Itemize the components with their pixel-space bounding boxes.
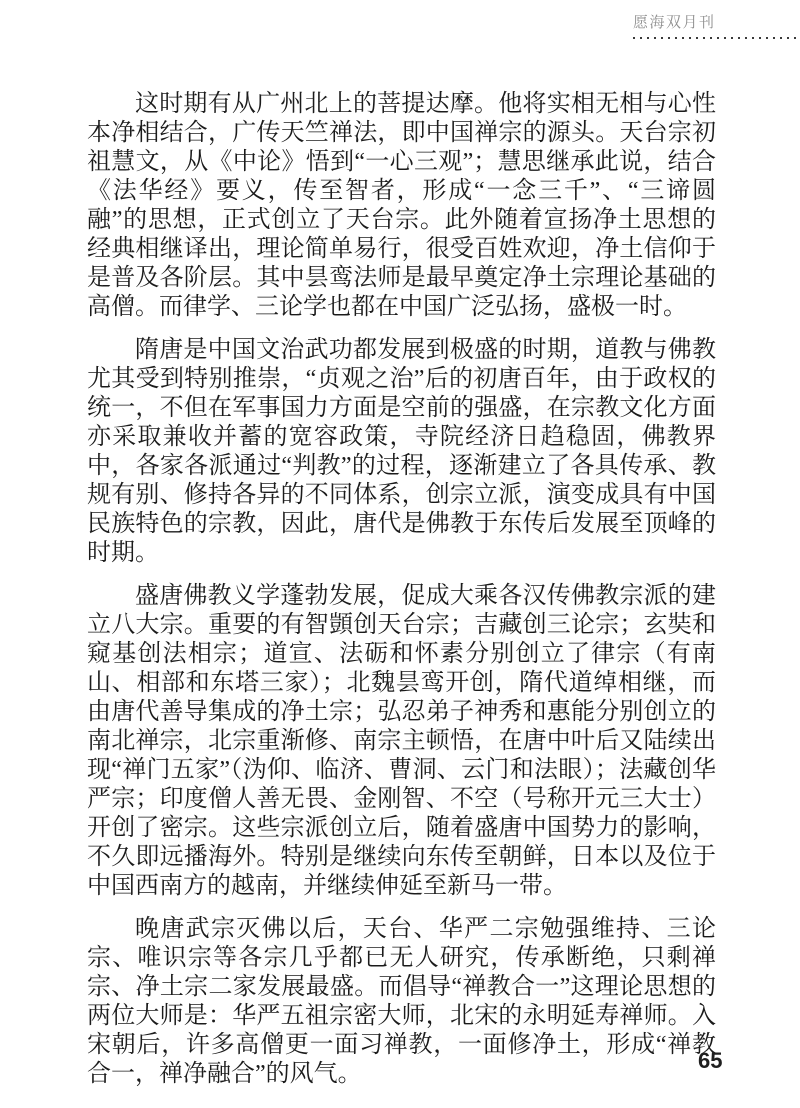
page-header: 愿海双月刊 bbox=[633, 14, 800, 40]
magazine-page: 愿海双月刊 这时期有从广州北上的菩提达摩。他将实相无相与心性本净相结合，广传天竺… bbox=[0, 0, 800, 1108]
paragraph-bodhidharma-tiantai: 这时期有从广州北上的菩提达摩。他将实相无相与心性本净相结合，广传天竺禅法，即中国… bbox=[87, 90, 716, 322]
journal-title: 愿海双月刊 bbox=[633, 14, 800, 33]
paragraph-eight-schools: 盛唐佛教义学蓬勃发展，促成大乘各汉传佛教宗派的建立八大宗。重要的有智顗创天台宗；… bbox=[87, 582, 716, 901]
article-body: 这时期有从广州北上的菩提达摩。他将实相无相与心性本净相结合，广传天竺禅法，即中国… bbox=[87, 90, 716, 1089]
paragraph-sui-tang-peak: 隋唐是中国文治武功都发展到极盛的时期，道教与佛教尤其受到特别推崇，“贞观之治”后… bbox=[87, 336, 716, 568]
paragraph-late-tang-decline: 晚唐武宗灭佛以后，天台、华严二宗勉强维持、三论宗、唯识宗等各宗几乎都已无人研究，… bbox=[87, 915, 716, 1089]
page-number: 65 bbox=[698, 1048, 722, 1074]
header-dotted-rule bbox=[633, 37, 800, 40]
